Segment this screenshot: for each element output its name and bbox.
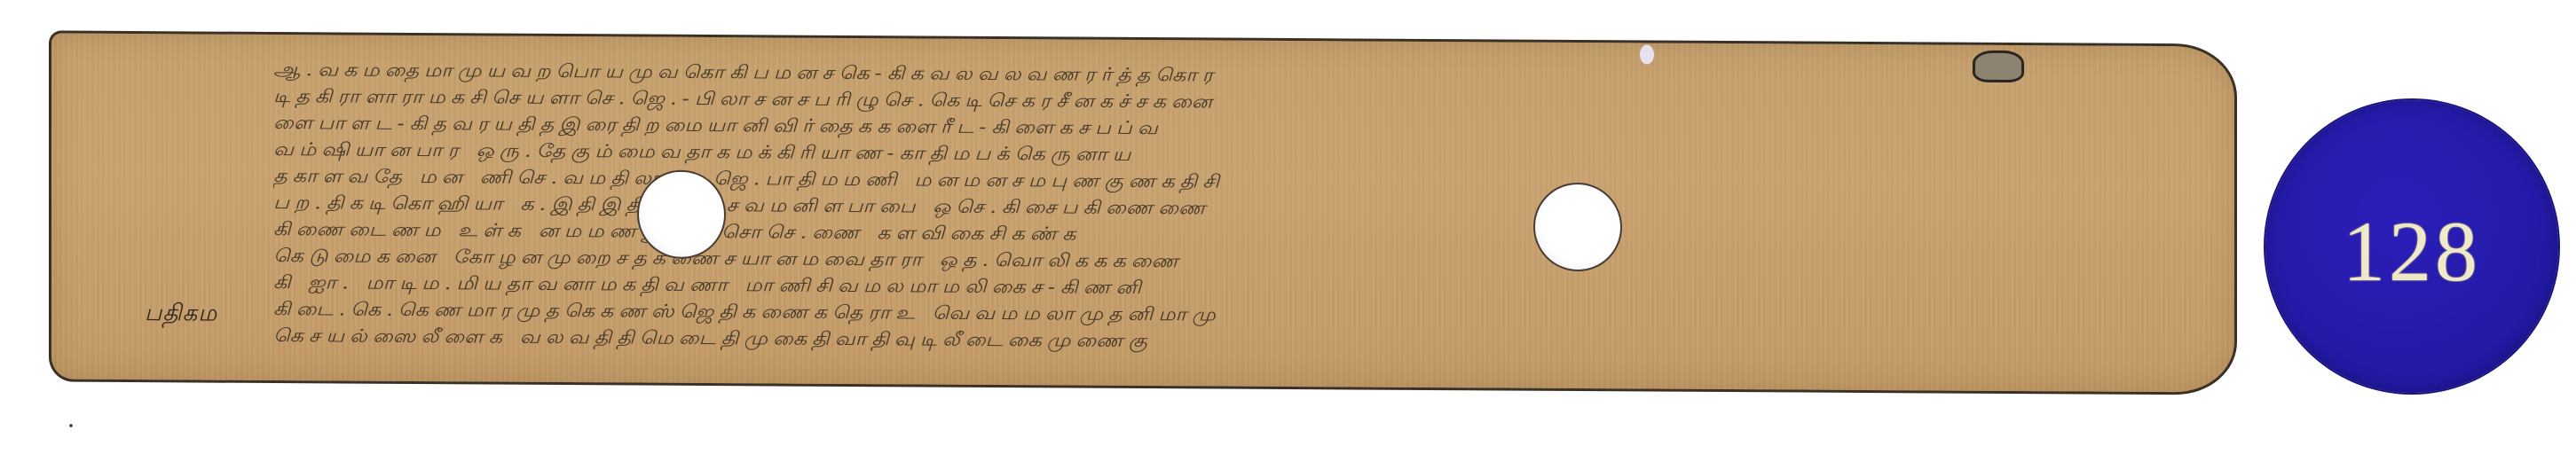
dust-speck bbox=[69, 424, 73, 427]
manuscript-text-block: ஆ.வகமதைமாமுயவறபொயமுவகொகிபமனசகெ-கிகவலவலவண… bbox=[273, 57, 2199, 361]
binding-hole-left bbox=[637, 170, 726, 260]
number-disc: 128 bbox=[2265, 100, 2558, 393]
palm-leaf-manuscript: பதிகம ஆ.வகமதைமாமுயவறபொயமுவகொகிபமனசகெ-கிக… bbox=[49, 30, 2237, 395]
tear-spot bbox=[1640, 44, 1654, 64]
binding-hole-right bbox=[1533, 183, 1622, 272]
disc-number: 128 bbox=[2343, 202, 2481, 301]
margin-label: பதிகம bbox=[145, 300, 217, 330]
